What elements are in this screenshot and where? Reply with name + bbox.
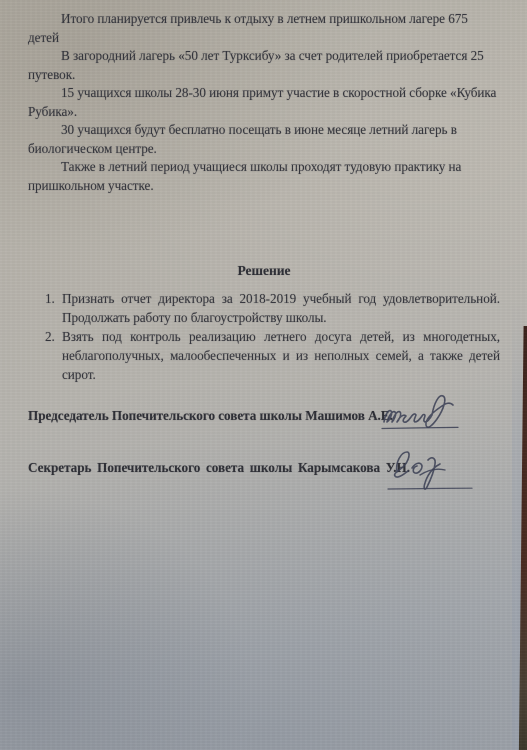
list-item-number: 1.: [45, 289, 62, 308]
section-heading-resolution: Решение: [28, 261, 500, 280]
signature-row-secretary: Секретарь Попечительского совета школы К…: [28, 458, 500, 477]
list-item-text: Взять под контроль реализацию летнего до…: [62, 327, 500, 384]
signature-row-chairman: Председатель Попечительского совета школ…: [28, 406, 500, 425]
paragraph-summer-practice: Также в летний период учащиеся школы про…: [28, 158, 500, 195]
list-item: 1. Признать отчет директора за 2018-2019…: [28, 289, 500, 327]
list-item: 2. Взять под контроль реализацию летнего…: [28, 327, 500, 384]
handwritten-signature-chairman: [376, 389, 494, 437]
photographed-document: Итого планируется привлечь к отдыху в ле…: [0, 0, 527, 750]
paragraph-country-camp: В загородний лагерь «50 лет Турксибу» за…: [28, 47, 500, 84]
signature-title: Секретарь Попечительского совета школы: [28, 460, 292, 475]
signature-title: Председатель Попечительского совета школ…: [28, 408, 302, 423]
decision-list: 1. Признать отчет директора за 2018-2019…: [28, 289, 500, 384]
list-item-text: Признать отчет директора за 2018-2019 уч…: [62, 289, 500, 327]
signature-name: Машимов А.Е.: [305, 408, 393, 423]
paragraph-bio-center: 30 учащихся будут бесплатно посещать в и…: [28, 121, 500, 158]
paragraph-rubik-cube: 15 учащихся школы 28-30 июня примут учас…: [28, 84, 500, 121]
document-content: Итого планируется привлечь к отдыху в ле…: [0, 0, 527, 477]
paragraph-total-camp: Итого планируется привлечь к отдыху в ле…: [28, 10, 500, 47]
signature-name: Карымсакова У.Н.: [298, 460, 410, 475]
list-item-number: 2.: [45, 327, 62, 346]
